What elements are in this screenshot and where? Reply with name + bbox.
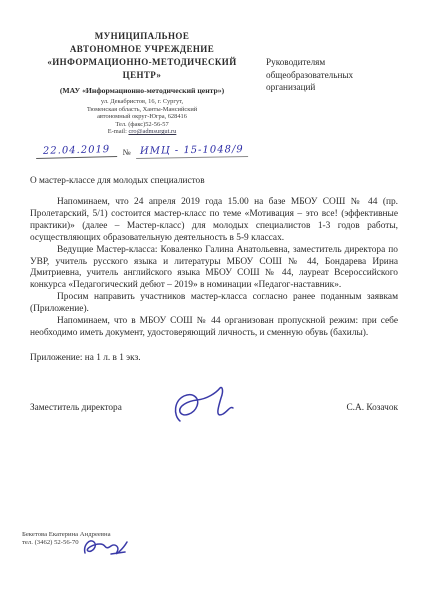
executor-initials-ink bbox=[81, 533, 129, 559]
org-address-line-2: Тюменская область, Ханты-Мансийский bbox=[30, 106, 254, 114]
email-label: Е-mail: bbox=[108, 128, 127, 135]
email-address: cro@admsurgut.ru bbox=[128, 128, 176, 135]
signature-row: Заместитель директора С.А. Козачок bbox=[30, 393, 398, 431]
executor-phone-row: тел. (3462) 52-56-70 bbox=[22, 539, 129, 559]
addressee-line-1: Руководителям bbox=[266, 56, 353, 69]
org-name-line-2: АВТОНОМНОЕ УЧРЕЖДЕНИЕ bbox=[30, 43, 254, 56]
org-abbreviation: (МАУ «Информационно-методический центр») bbox=[30, 86, 254, 95]
org-name-line-3: «ИНФОРМАЦИОННО-МЕТОДИЧЕСКИЙ bbox=[30, 56, 254, 69]
signer-name: С.А. Козачок bbox=[346, 393, 398, 413]
addressee-block: Руководителям общеобразовательных органи… bbox=[266, 56, 353, 94]
org-email-line: Е-mail: cro@admsurgut.ru bbox=[30, 128, 254, 136]
executor-footer: Бекетова Екатерина Андреевна тел. (3462)… bbox=[22, 531, 129, 559]
org-name-line-4: ЦЕНТР» bbox=[30, 69, 254, 82]
body-paragraph-3: Просим направить участников мастер-класс… bbox=[30, 292, 398, 316]
org-name-line-1: МУНИЦИПАЛЬНОЕ bbox=[30, 30, 254, 43]
signer-position: Заместитель директора bbox=[30, 393, 122, 413]
org-phone: Тел. (факс)52-56-57 bbox=[30, 121, 254, 129]
handwritten-date: 22.04.2019 bbox=[36, 144, 118, 159]
letter-body: Напоминаем, что 24 апреля 2019 года 15.0… bbox=[30, 197, 398, 340]
body-paragraph-4: Напоминаем, что в МБОУ СОШ № 44 организо… bbox=[30, 316, 398, 340]
addressee-line-2: общеобразовательных bbox=[266, 69, 353, 82]
executor-phone: тел. (3462) 52-56-70 bbox=[22, 539, 79, 547]
subject-line: О мастер-классе для молодых специалистов bbox=[30, 176, 398, 186]
number-sign: № bbox=[123, 147, 131, 158]
body-paragraph-1: Напоминаем, что 24 апреля 2019 года 15.0… bbox=[30, 197, 398, 245]
org-address-line-3: автономный округ-Югра, 628416 bbox=[30, 113, 254, 121]
body-paragraph-2: Ведущие Мастер-класса: Коваленко Галина … bbox=[30, 245, 398, 293]
scanned-letter-page: МУНИЦИПАЛЬНОЕ АВТОНОМНОЕ УЧРЕЖДЕНИЕ «ИНФ… bbox=[0, 0, 424, 599]
letterhead: МУНИЦИПАЛЬНОЕ АВТОНОМНОЕ УЧРЕЖДЕНИЕ «ИНФ… bbox=[30, 30, 254, 158]
director-signature-ink bbox=[166, 383, 242, 431]
registration-line: 22.04.2019 № ИМЦ - 15-1048/9 bbox=[30, 145, 254, 158]
org-address-line-1: ул. Декабристов, 16, г. Сургут, bbox=[30, 98, 254, 106]
org-address-block: ул. Декабристов, 16, г. Сургут, Тюменска… bbox=[30, 98, 254, 136]
addressee-line-3: организаций bbox=[266, 81, 353, 94]
attachment-line: Приложение: на 1 л. в 1 экз. bbox=[30, 353, 398, 363]
handwritten-reg-number: ИМЦ - 15-1048/9 bbox=[136, 144, 248, 159]
letter-header: МУНИЦИПАЛЬНОЕ АВТОНОМНОЕ УЧРЕЖДЕНИЕ «ИНФ… bbox=[30, 30, 398, 158]
